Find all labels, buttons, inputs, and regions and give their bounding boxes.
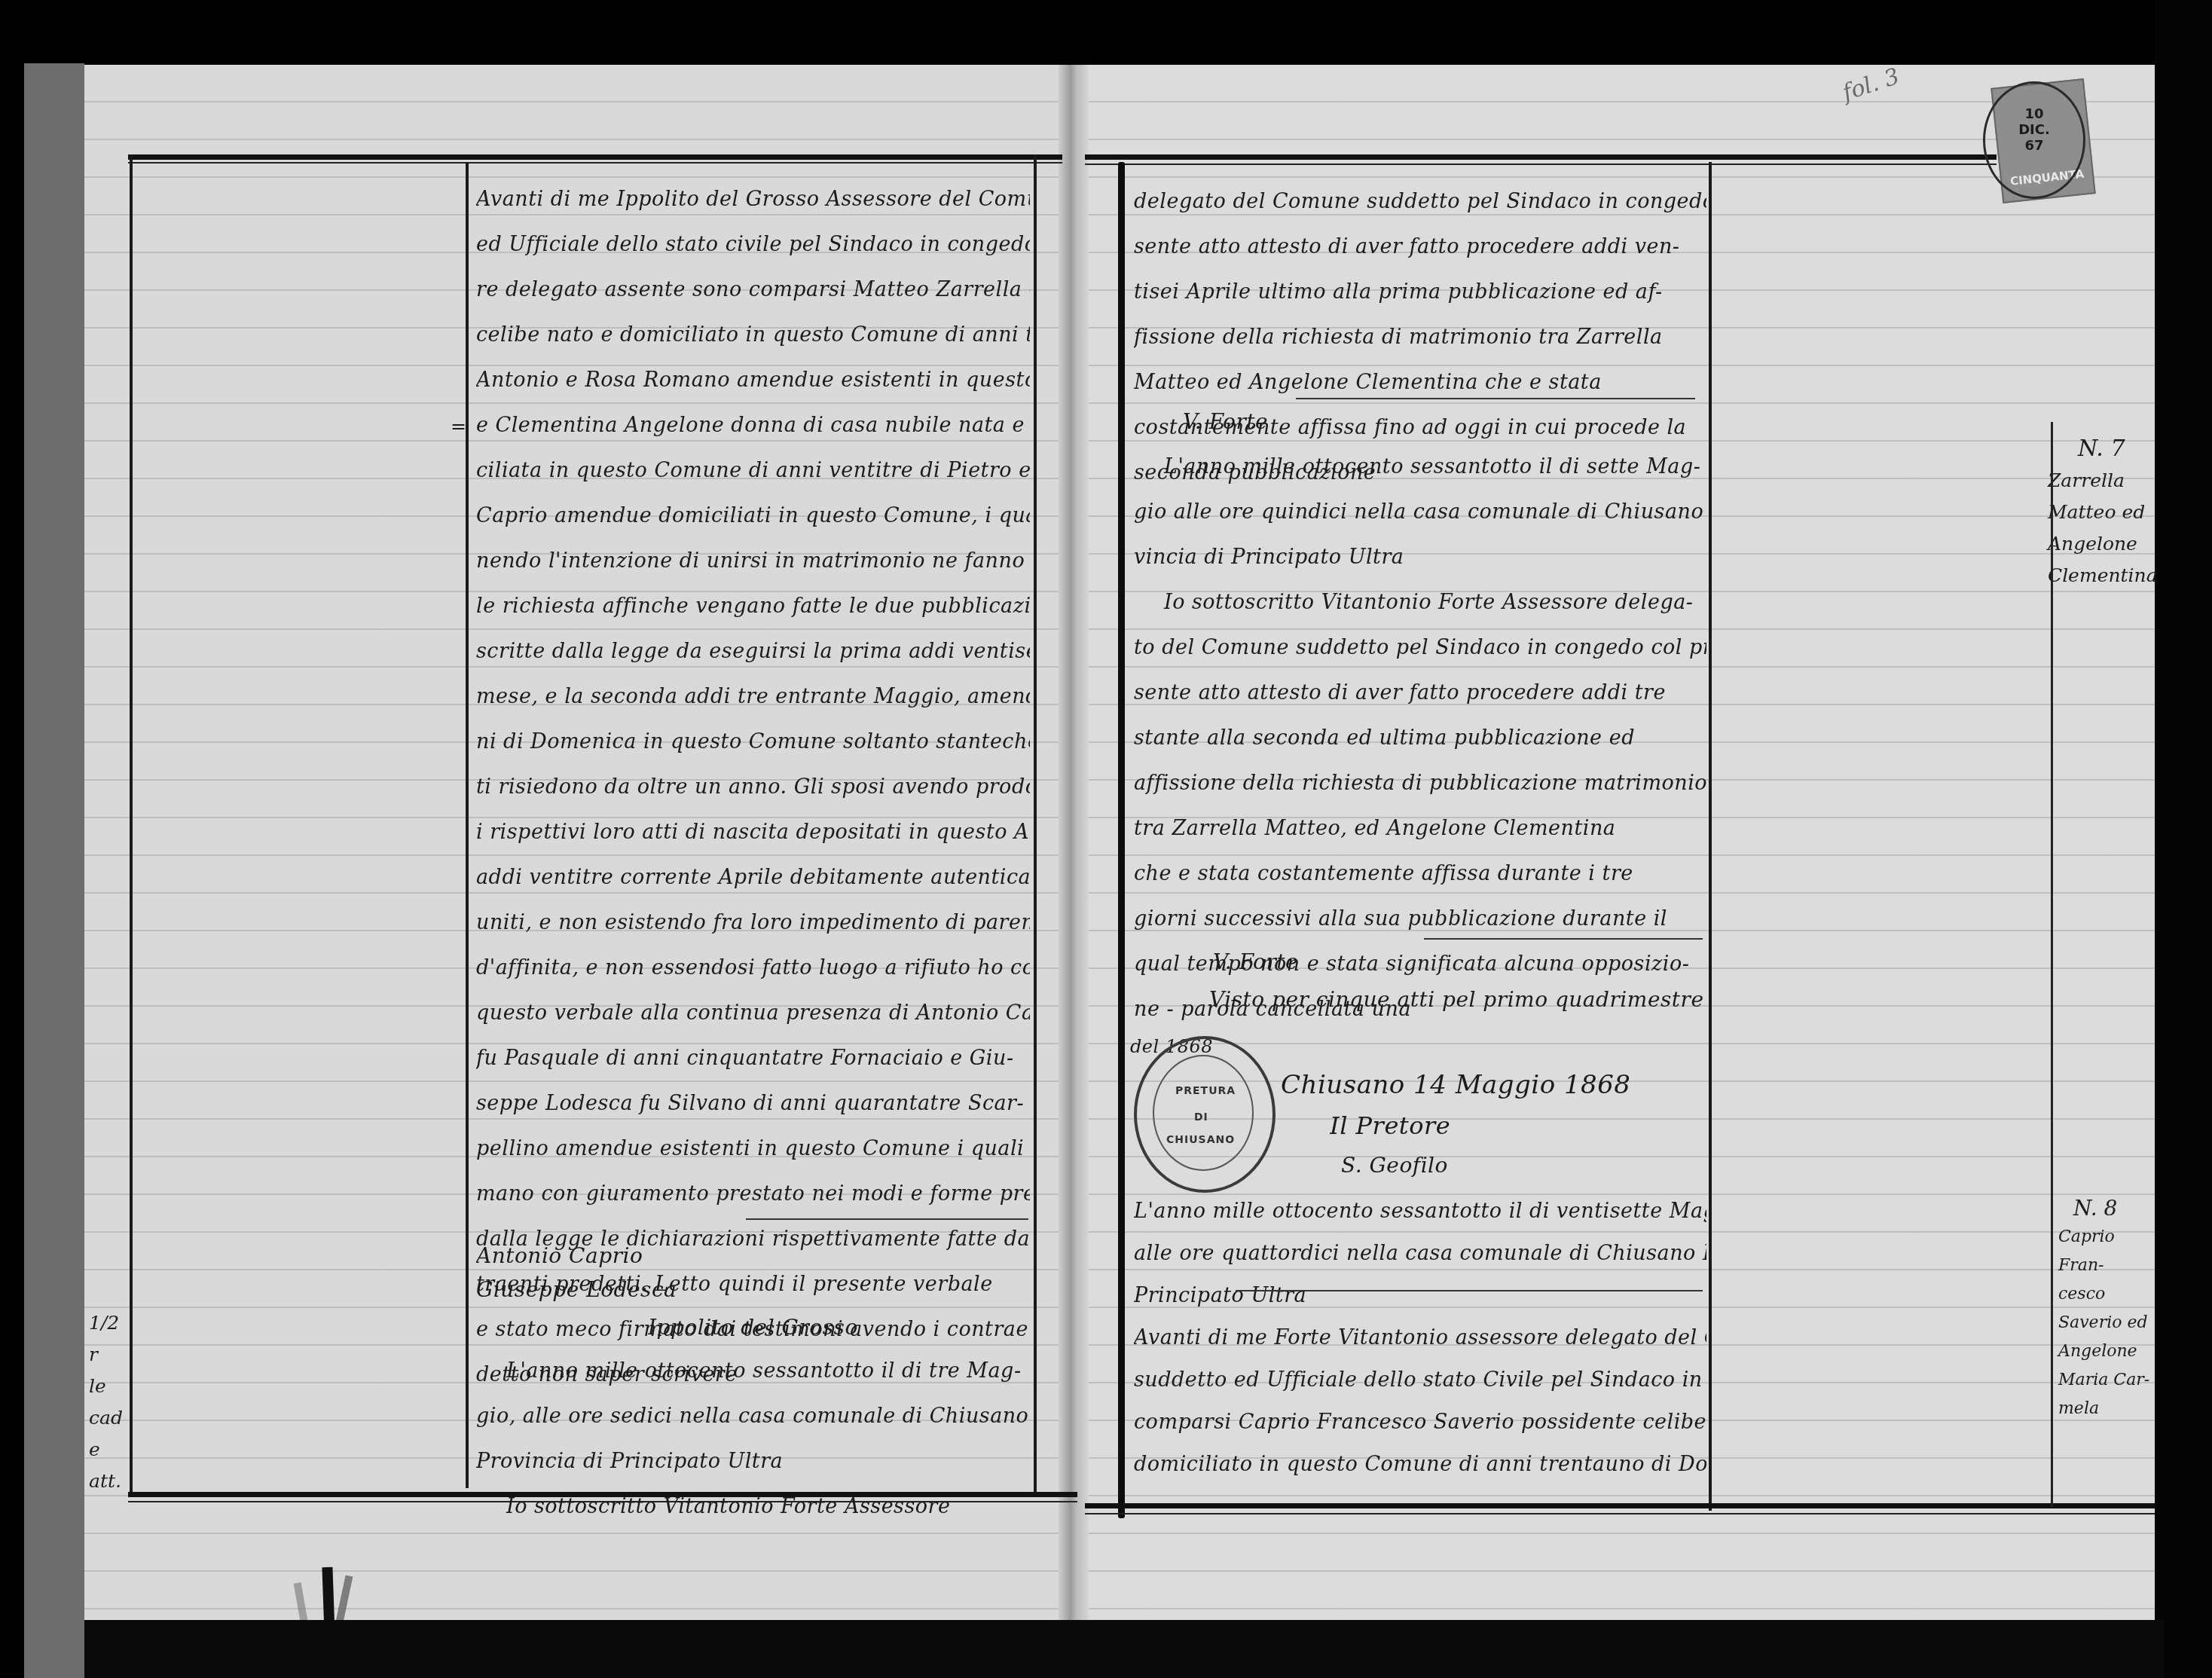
text-line: stante alla seconda ed ultima pubblicazi… <box>1134 716 1706 761</box>
right-page-text-middle: L'anno mille ottocento sessantotto il di… <box>1134 445 1706 1032</box>
scan-background-bottom <box>84 1620 2164 1678</box>
text-line: ciliata in questo Comune di anni ventitr… <box>476 448 1030 494</box>
book-gutter <box>1059 65 1089 1640</box>
text-line: L'anno mille ottocento sessantotto il di… <box>476 1349 1030 1394</box>
margin-note: cad <box>89 1402 130 1434</box>
text-line: addi ventitre corrente Aprile debitament… <box>476 855 1030 900</box>
pretore-signature: S. Geofilo <box>1341 1153 1448 1178</box>
entry-name-line: mela <box>2058 1395 2156 1423</box>
text-line: scritte dalla legge da eseguirsi la prim… <box>476 629 1030 674</box>
entry-name-line: Caprio Fran- <box>2058 1223 2156 1280</box>
text-line: alle ore quattordici nella casa comunale… <box>1134 1233 1706 1275</box>
text-line: Avanti di me Ippolito del Grosso Assesso… <box>476 177 1030 222</box>
right-frame-top-rule-thin <box>1085 164 1997 165</box>
postmark-day: 10 <box>1985 106 2083 122</box>
text-line: questo verbale alla continua presenza di… <box>476 991 1030 1036</box>
text-line: tra Zarrella Matteo, ed Angelone Clement… <box>1134 806 1706 851</box>
right-frame-bottom-rule-thin <box>1085 1513 2155 1514</box>
text-line: gio, alle ore sedici nella casa comunale… <box>476 1394 1030 1439</box>
margin-rule <box>2051 422 2053 1507</box>
seal-text: CHIUSANO <box>1166 1134 1235 1146</box>
signature-witness-2: Giuseppe Lodesca <box>476 1277 677 1302</box>
text-line: mese, e la seconda addi tre entrante Mag… <box>476 674 1030 720</box>
entry-number: N. 8 <box>2073 1194 2156 1223</box>
signature-forte-2: V. Forte <box>1213 949 1298 974</box>
text-line: Provincia di Principato Ultra <box>476 1439 1030 1484</box>
text-line: sente atto attesto di aver fatto procede… <box>1134 225 1706 270</box>
entry-name-line: cesco Saverio ed <box>2058 1280 2156 1337</box>
text-line: tisei Aprile ultimo alla prima pubblicaz… <box>1134 270 1706 315</box>
scan-background-top <box>0 0 2212 65</box>
margin-note: 1/2 r <box>89 1307 130 1371</box>
text-line: ti risiedono da oltre un anno. Gli sposi… <box>476 765 1030 810</box>
margin-note: att. <box>89 1466 130 1497</box>
signature-forte-1: V. Forte <box>1183 409 1268 434</box>
text-line: Caprio amendue domiciliati in questo Com… <box>476 494 1030 539</box>
text-line: nendo l'intenzione di unirsi in matrimon… <box>476 539 1030 584</box>
text-line: suddetto ed Ufficiale dello stato Civile… <box>1134 1359 1706 1401</box>
left-frame-top-rule <box>128 154 1062 160</box>
right-page-text-bottom: L'anno mille ottocento sessantotto il di… <box>1134 1190 1706 1486</box>
seal-text: DI <box>1194 1111 1208 1123</box>
text-line: domiciliato in questo Comune di anni tre… <box>1134 1444 1706 1486</box>
text-line: seppe Lodesca fu Silvano di anni quarant… <box>476 1081 1030 1126</box>
right-frame-left-rule <box>1118 162 1125 1518</box>
margin-note: e <box>89 1434 130 1466</box>
date-line: Chiusano 14 Maggio 1868 <box>1281 1070 1630 1100</box>
scan-background-right <box>2155 0 2212 1678</box>
text-line: Antonio e Rosa Romano amendue esistenti … <box>476 358 1030 403</box>
margin-entry-7: N. 7 Zarrella Matteo ed Angelone Clement… <box>2048 433 2153 591</box>
right-frame-bottom-rule <box>1085 1503 2155 1508</box>
text-line: Io sottoscritto Vitantonio Forte Assesso… <box>1134 580 1706 625</box>
visto-line: Visto per cinque atti pel primo quadrime… <box>1209 987 1704 1012</box>
left-frame-left-rule <box>130 154 133 1492</box>
text-line: sente atto attesto di aver fatto procede… <box>1134 671 1706 716</box>
left-column-divider <box>466 162 469 1488</box>
text-line: che e stata costantemente affissa durant… <box>1134 851 1706 897</box>
margin-note: le <box>89 1371 130 1402</box>
entry-name-line: Angelone <box>2048 528 2153 560</box>
entry-name-line: Angelone <box>2058 1337 2156 1366</box>
text-line: vincia di Principato Ultra <box>1134 535 1706 580</box>
line-filler <box>1236 1290 1703 1291</box>
text-line: to del Comune suddetto pel Sindaco in co… <box>1134 625 1706 671</box>
margin-entry-8: N. 8 Caprio Fran- cesco Saverio ed Angel… <box>2058 1194 2156 1423</box>
left-frame-top-rule-thin <box>128 162 1062 164</box>
line-filler <box>1424 938 1703 940</box>
seal-text: PRETURA <box>1175 1085 1236 1097</box>
text-line: affissione della richiesta di pubblicazi… <box>1134 761 1706 806</box>
right-column-divider <box>1709 162 1712 1511</box>
left-page-closing-text: L'anno mille ottocento sessantotto il di… <box>476 1349 1030 1530</box>
left-page-text: Avanti di me Ippolito del Grosso Assesso… <box>476 177 1030 1398</box>
text-line: ni di Domenica in questo Comune soltanto… <box>476 720 1030 765</box>
text-line: fu Pasquale di anni cinquantatre Fornaci… <box>476 1036 1030 1081</box>
postmark-month: DIC. <box>1985 122 2083 138</box>
text-line: giorni successivi alla sua pubblicazione… <box>1134 897 1706 942</box>
entry-name-line: Matteo ed <box>2048 497 2153 528</box>
postmark-cancellation: 10 DIC. 67 <box>1983 81 2085 199</box>
text-line: d'affinita, e non essendosi fatto luogo … <box>476 946 1030 991</box>
text-line: gio alle ore quindici nella casa comunal… <box>1134 490 1706 535</box>
postmark-year: 67 <box>1985 138 2083 154</box>
text-line: re delegato assente sono comparsi Matteo… <box>476 267 1030 313</box>
text-line: Principato Ultra <box>1134 1275 1706 1317</box>
entry-name-line: Clementina <box>2048 560 2153 591</box>
entry-name-line: Maria Car- <box>2058 1366 2156 1395</box>
side-mark: = <box>451 411 466 442</box>
text-line: L'anno mille ottocento sessantotto il di… <box>1134 1190 1706 1233</box>
right-frame-top-rule <box>1085 154 1997 160</box>
text-line: ed Ufficiale dello stato civile pel Sind… <box>476 222 1030 267</box>
text-line: e Clementina Angelone donna di casa nubi… <box>476 403 1030 448</box>
text-line: mano con giuramento prestato nei modi e … <box>476 1172 1030 1217</box>
line-filler <box>1296 398 1695 399</box>
pretore-title: Il Pretore <box>1330 1111 1450 1140</box>
signature-witness-1: Antonio Caprio <box>476 1243 643 1268</box>
text-line: comparsi Caprio Francesco Saverio possid… <box>1134 1401 1706 1444</box>
text-line: pellino amendue esistenti in questo Comu… <box>476 1126 1030 1172</box>
text-line: i rispettivi loro atti di nascita deposi… <box>476 810 1030 855</box>
text-line: Avanti di me Forte Vitantonio assessore … <box>1134 1317 1706 1359</box>
signature-official: Ippolito del Grosso <box>648 1315 858 1340</box>
text-line: le richiesta affinche vengano fatte le d… <box>476 584 1030 629</box>
scan-border-strip <box>24 63 84 1678</box>
entry-number: N. 7 <box>2078 433 2153 465</box>
left-margin-notes: 1/2 r le cad e att. <box>89 1307 130 1497</box>
text-line: L'anno mille ottocento sessantotto il di… <box>1134 445 1706 490</box>
text-line: uniti, e non esistendo fra loro impedime… <box>476 900 1030 946</box>
entry-name-line: Zarrella <box>2048 465 2153 497</box>
text-line: delegato del Comune suddetto pel Sindaco… <box>1134 179 1706 225</box>
text-line: Io sottoscritto Vitantonio Forte Assesso… <box>476 1484 1030 1530</box>
text-line: celibe nato e domiciliato in questo Comu… <box>476 313 1030 358</box>
left-frame-right-rule <box>1034 154 1037 1492</box>
text-line: fissione della richiesta di matrimonio t… <box>1134 315 1706 360</box>
line-filler <box>746 1218 1028 1220</box>
